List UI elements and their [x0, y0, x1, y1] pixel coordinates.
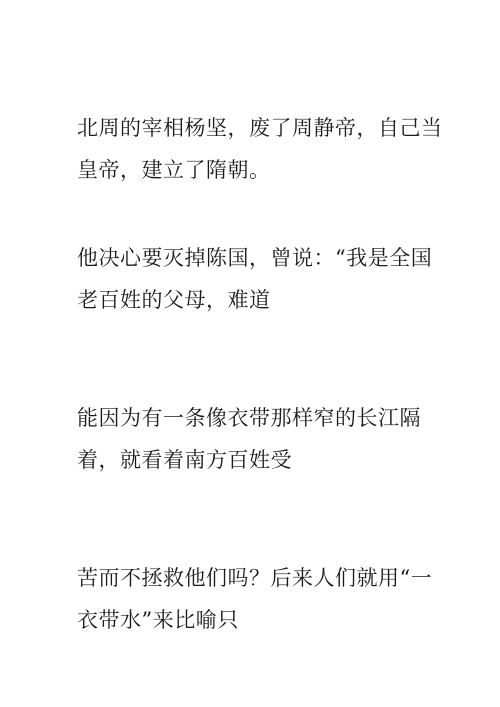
- paragraph-3: 能因为有一条像衣带那样窄的长江隔 着，就看着南方百姓受: [77, 397, 437, 481]
- paragraph-4: 苦而不拯救他们吗？后来人们就用“一 衣带水”来比喻只: [77, 557, 437, 641]
- paragraph-line: 衣带水”来比喻只: [77, 599, 437, 641]
- paragraph-2: 他决心要灭掉陈国，曾说：“我是全国 老百姓的父母，难道: [77, 237, 437, 321]
- paragraph-line: 着，就看着南方百姓受: [77, 439, 437, 481]
- paragraph-line: 他决心要灭掉陈国，曾说：“我是全国: [77, 237, 437, 279]
- paragraph-line: 北周的宰相杨坚，废了周静帝，自己当: [77, 107, 437, 149]
- paragraph-line: 能因为有一条像衣带那样窄的长江隔: [77, 397, 437, 439]
- paragraph-line: 皇帝，建立了隋朝。: [77, 149, 437, 191]
- paragraph-1: 北周的宰相杨坚，废了周静帝，自己当 皇帝，建立了隋朝。: [77, 107, 437, 191]
- paragraph-line: 苦而不拯救他们吗？后来人们就用“一: [77, 557, 437, 599]
- paragraph-line: 老百姓的父母，难道: [77, 279, 437, 321]
